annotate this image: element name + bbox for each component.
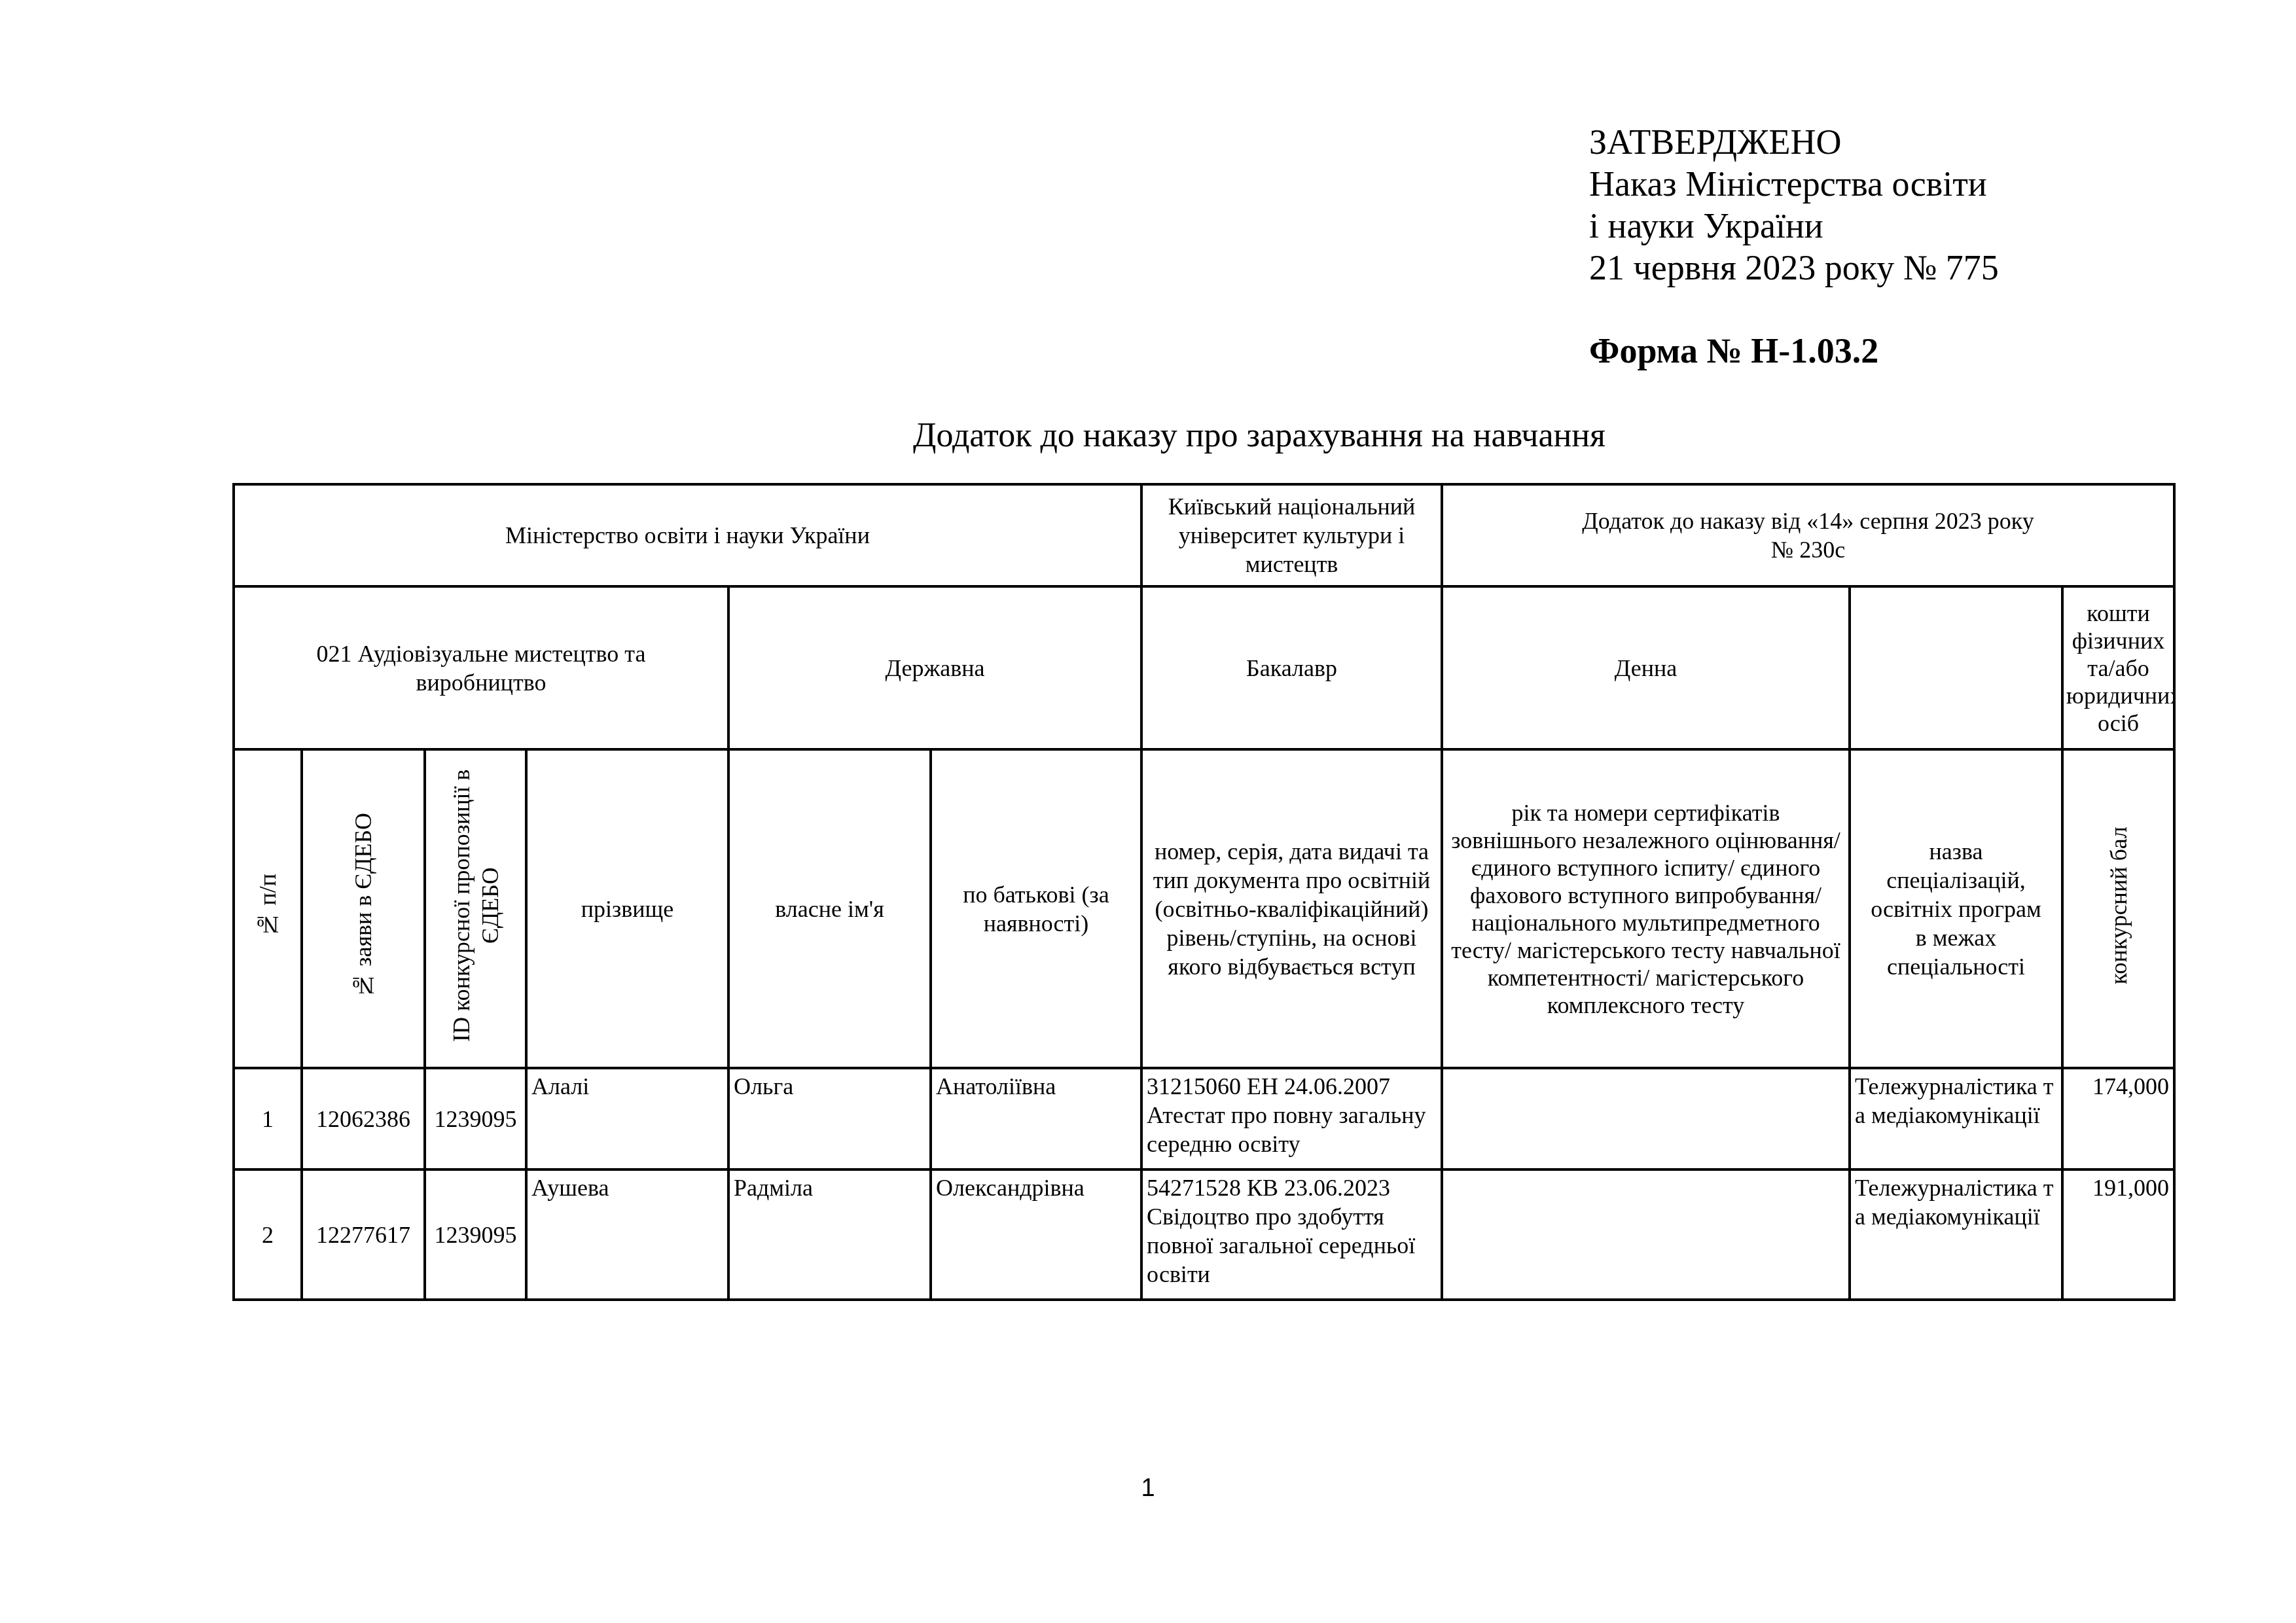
- page-number: 1: [0, 1474, 2296, 1503]
- ministry-cell: Міністерство освіти і науки України: [234, 484, 1141, 586]
- cell-num: 2: [234, 1169, 302, 1300]
- document-title: Додаток до наказу про зарахування на нав…: [0, 416, 2296, 455]
- col-header-specialization: назва спеціалізацій, освітніх програм в …: [1850, 749, 2062, 1068]
- cell-patronymic: Анатоліївна: [931, 1068, 1141, 1169]
- cell-surname: Алалі: [526, 1068, 728, 1169]
- cell-specialization: Тележурналістика та медіакомунікації: [1850, 1068, 2062, 1169]
- col-header-surname: прізвище: [526, 749, 728, 1068]
- col-header-score-label: конкурсний бал: [2104, 827, 2133, 984]
- approval-block: ЗАТВЕРДЖЕНО Наказ Міністерства освіти і …: [1589, 121, 1999, 289]
- col-header-patronymic: по батькові (за наявності): [931, 749, 1141, 1068]
- enrollment-table: Міністерство освіти і науки України Київ…: [232, 483, 2176, 1301]
- col-header-score: конкурсний бал: [2062, 749, 2174, 1068]
- col-header-certificates: рік та номери сертифікатів зовнішнього н…: [1442, 749, 1850, 1068]
- col-header-num-label: № п/п: [253, 874, 282, 938]
- order-reference-cell: Додаток до наказу від «14» серпня 2023 р…: [1442, 484, 2174, 586]
- col-header-offer-id-label: ID конкурсної пропозиції в ЄДЕБО: [447, 755, 505, 1056]
- cell-edu-document: 54271528 КВ 23.06.2023 Свідоцтво про здо…: [1141, 1169, 1442, 1300]
- approval-ministry-line: і науки України: [1589, 205, 1999, 247]
- cell-application-no: 12062386: [302, 1068, 425, 1169]
- cell-edu-document: 31215060 ЕН 24.06.2007 Атестат про повну…: [1141, 1068, 1442, 1169]
- cell-num: 1: [234, 1068, 302, 1169]
- funding-cell: Державна: [728, 586, 1141, 749]
- cell-first-name: Ольга: [728, 1068, 931, 1169]
- empty-cell: [1850, 586, 2062, 749]
- funding-source-cell: кошти фізичних та/або юридичних осіб: [2062, 586, 2174, 749]
- cell-certificates: [1442, 1068, 1850, 1169]
- order-date: Додаток до наказу від «14» серпня 2023 р…: [1447, 507, 2169, 535]
- cell-specialization: Тележурналістика та медіакомунікації: [1850, 1169, 2062, 1300]
- col-header-edu-document: номер, серія, дата видачі та тип докумен…: [1141, 749, 1442, 1068]
- form-number: Форма № Н-1.03.2: [1589, 330, 1878, 371]
- col-header-num: № п/п: [234, 749, 302, 1068]
- cell-score: 174,000: [2062, 1068, 2174, 1169]
- degree-cell: Бакалавр: [1141, 586, 1442, 749]
- col-header-application-no: № заяви в ЄДЕБО: [302, 749, 425, 1068]
- column-header-row: № п/п № заяви в ЄДЕБО ID конкурсної проп…: [234, 749, 2174, 1068]
- university-cell: Київський національний університет культ…: [1141, 484, 1442, 586]
- col-header-first-name: власне ім'я: [728, 749, 931, 1068]
- cell-surname: Аушева: [526, 1169, 728, 1300]
- col-header-offer-id: ID конкурсної пропозиції в ЄДЕБО: [425, 749, 526, 1068]
- approval-heading: ЗАТВЕРДЖЕНО: [1589, 121, 1999, 163]
- table-row: 1 12062386 1239095 Алалі Ольга Анатоліїв…: [234, 1068, 2174, 1169]
- order-number: № 230с: [1447, 535, 2169, 564]
- cell-score: 191,000: [2062, 1169, 2174, 1300]
- study-form-cell: Денна: [1442, 586, 1850, 749]
- cell-certificates: [1442, 1169, 1850, 1300]
- cell-offer-id: 1239095: [425, 1068, 526, 1169]
- header-row-institution: Міністерство освіти і науки України Київ…: [234, 484, 2174, 586]
- col-header-application-no-label: № заяви в ЄДЕБО: [349, 813, 378, 999]
- approval-order-line: Наказ Міністерства освіти: [1589, 163, 1999, 205]
- cell-patronymic: Олександрівна: [931, 1169, 1141, 1300]
- approval-date-line: 21 червня 2023 року № 775: [1589, 247, 1999, 289]
- cell-first-name: Радміла: [728, 1169, 931, 1300]
- table-row: 2 12277617 1239095 Аушева Радміла Олекса…: [234, 1169, 2174, 1300]
- specialty-cell: 021 Аудіовізуальне мистецтво та виробниц…: [234, 586, 728, 749]
- cell-offer-id: 1239095: [425, 1169, 526, 1300]
- header-row-program: 021 Аудіовізуальне мистецтво та виробниц…: [234, 586, 2174, 749]
- cell-application-no: 12277617: [302, 1169, 425, 1300]
